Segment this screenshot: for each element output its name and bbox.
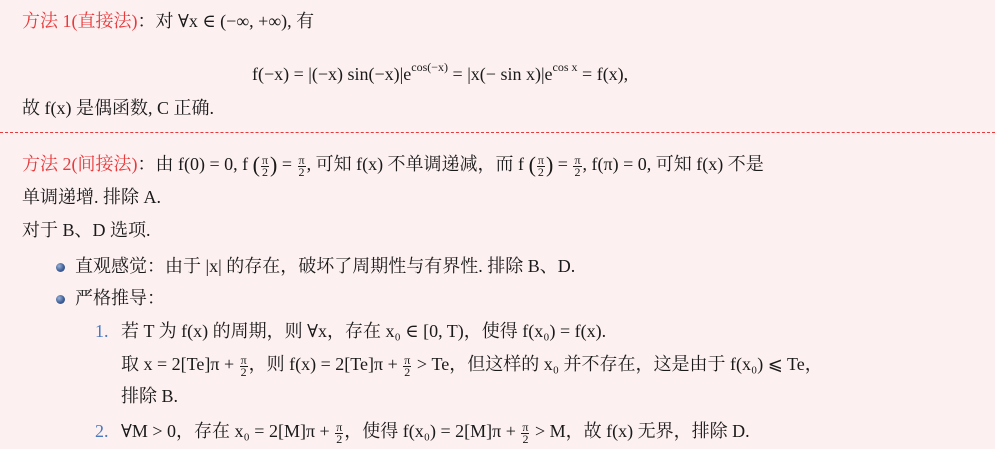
- method1-intro-line: 方法 1(直接法)：对 ∀x ∈ (−∞, +∞), 有: [22, 10, 314, 32]
- numbered-item-2-number: 2.: [95, 420, 109, 442]
- method2-line3: 对于 B、D 选项.: [22, 219, 151, 241]
- method1-conclusion: 故 f(x) 是偶函数, C 正确.: [22, 97, 214, 119]
- frac-den: 2: [521, 434, 529, 445]
- frac-den: 2: [261, 167, 269, 178]
- fraction-pi-over-2: π2: [298, 155, 306, 178]
- method2-text-c: , 可知 f(x) 不单调递减，而 f: [307, 154, 529, 174]
- equation-mid: = |x(− sin x)|e: [448, 64, 553, 84]
- method2-label: 方法 2(间接法): [22, 154, 138, 174]
- numbered-item-1-line3: 排除 B.: [121, 385, 178, 407]
- item2-text-c: > M，故 f(x) 无界，排除 D.: [530, 421, 749, 441]
- method2-text-d: =: [553, 154, 572, 174]
- method1-colon: ：: [138, 11, 156, 31]
- item1-text-c: > Te，但这样的 x₀ 并不存在，这是由于 f(x₀) ⩽ Te，: [412, 354, 822, 374]
- item1-text-a: 取 x = 2[Te]π +: [121, 354, 239, 374]
- fraction-pi-over-2: π2: [261, 155, 269, 178]
- equation-exponent-2: cos x: [553, 60, 578, 74]
- method2-line2: 单调递增. 排除 A.: [22, 186, 161, 208]
- paren-open: (: [529, 152, 536, 177]
- method1-label: 方法 1(直接法): [22, 11, 138, 31]
- solution-page: 方法 1(直接法)：对 ∀x ∈ (−∞, +∞), 有 f(−x) = |(−…: [0, 0, 995, 449]
- bullet-item-rigorous: 严格推导：: [75, 287, 165, 309]
- method2-colon: ：: [138, 154, 156, 174]
- frac-den: 2: [240, 367, 248, 378]
- method2-text-b: =: [277, 154, 296, 174]
- item1-text-b: ，则 f(x) = 2[Te]π +: [249, 354, 403, 374]
- numbered-item-1-line1: 若 T 为 f(x) 的周期，则 ∀x，存在 x₀ ∈ [0, T)，使得 f(…: [121, 320, 606, 342]
- equation-lhs: f(−x) = |(−x) sin(−x)|e: [252, 64, 411, 84]
- frac-den: 2: [335, 434, 343, 445]
- fraction-pi-over-2: π2: [240, 355, 248, 378]
- bullet-icon: [56, 295, 65, 304]
- fraction-pi-over-2: π2: [521, 422, 529, 445]
- frac-den: 2: [298, 167, 306, 178]
- method2-text-a: 由 f(0) = 0, f: [156, 154, 253, 174]
- method1-intro-text: 对 ∀x ∈ (−∞, +∞), 有: [156, 11, 315, 31]
- equation-rhs: = f(x),: [578, 64, 629, 84]
- fraction-pi-over-2: π2: [537, 155, 545, 178]
- fraction-pi-over-2: π2: [403, 355, 411, 378]
- frac-den: 2: [403, 367, 411, 378]
- bullet-item-intuition: 直观感觉：由于 |x| 的存在，破坏了周期性与有界性. 排除 B、D.: [75, 255, 575, 277]
- bullet-icon: [56, 263, 65, 272]
- method1-equation: f(−x) = |(−x) sin(−x)|ecos(−x) = |x(− si…: [252, 56, 628, 85]
- fraction-pi-over-2: π2: [335, 422, 343, 445]
- section-divider: [0, 132, 995, 133]
- method2-line1: 方法 2(间接法)：由 f(0) = 0, f (π2) = π2, 可知 f(…: [22, 153, 764, 178]
- numbered-item-2-line: ∀M > 0，存在 x₀ = 2[M]π + π2，使得 f(x₀) = 2[M…: [121, 420, 750, 445]
- item2-text-b: ，使得 f(x₀) = 2[M]π +: [344, 421, 520, 441]
- paren-open: (: [253, 152, 260, 177]
- fraction-pi-over-2: π2: [573, 155, 581, 178]
- method2-text-e: , f(π) = 0, 可知 f(x) 不是: [583, 154, 764, 174]
- item2-text-a: ∀M > 0，存在 x₀ = 2[M]π +: [121, 421, 334, 441]
- frac-den: 2: [537, 167, 545, 178]
- equation-exponent-1: cos(−x): [411, 60, 448, 74]
- numbered-item-1-number: 1.: [95, 320, 109, 342]
- numbered-item-1-line2: 取 x = 2[Te]π + π2，则 f(x) = 2[Te]π + π2 >…: [121, 353, 823, 378]
- frac-den: 2: [573, 167, 581, 178]
